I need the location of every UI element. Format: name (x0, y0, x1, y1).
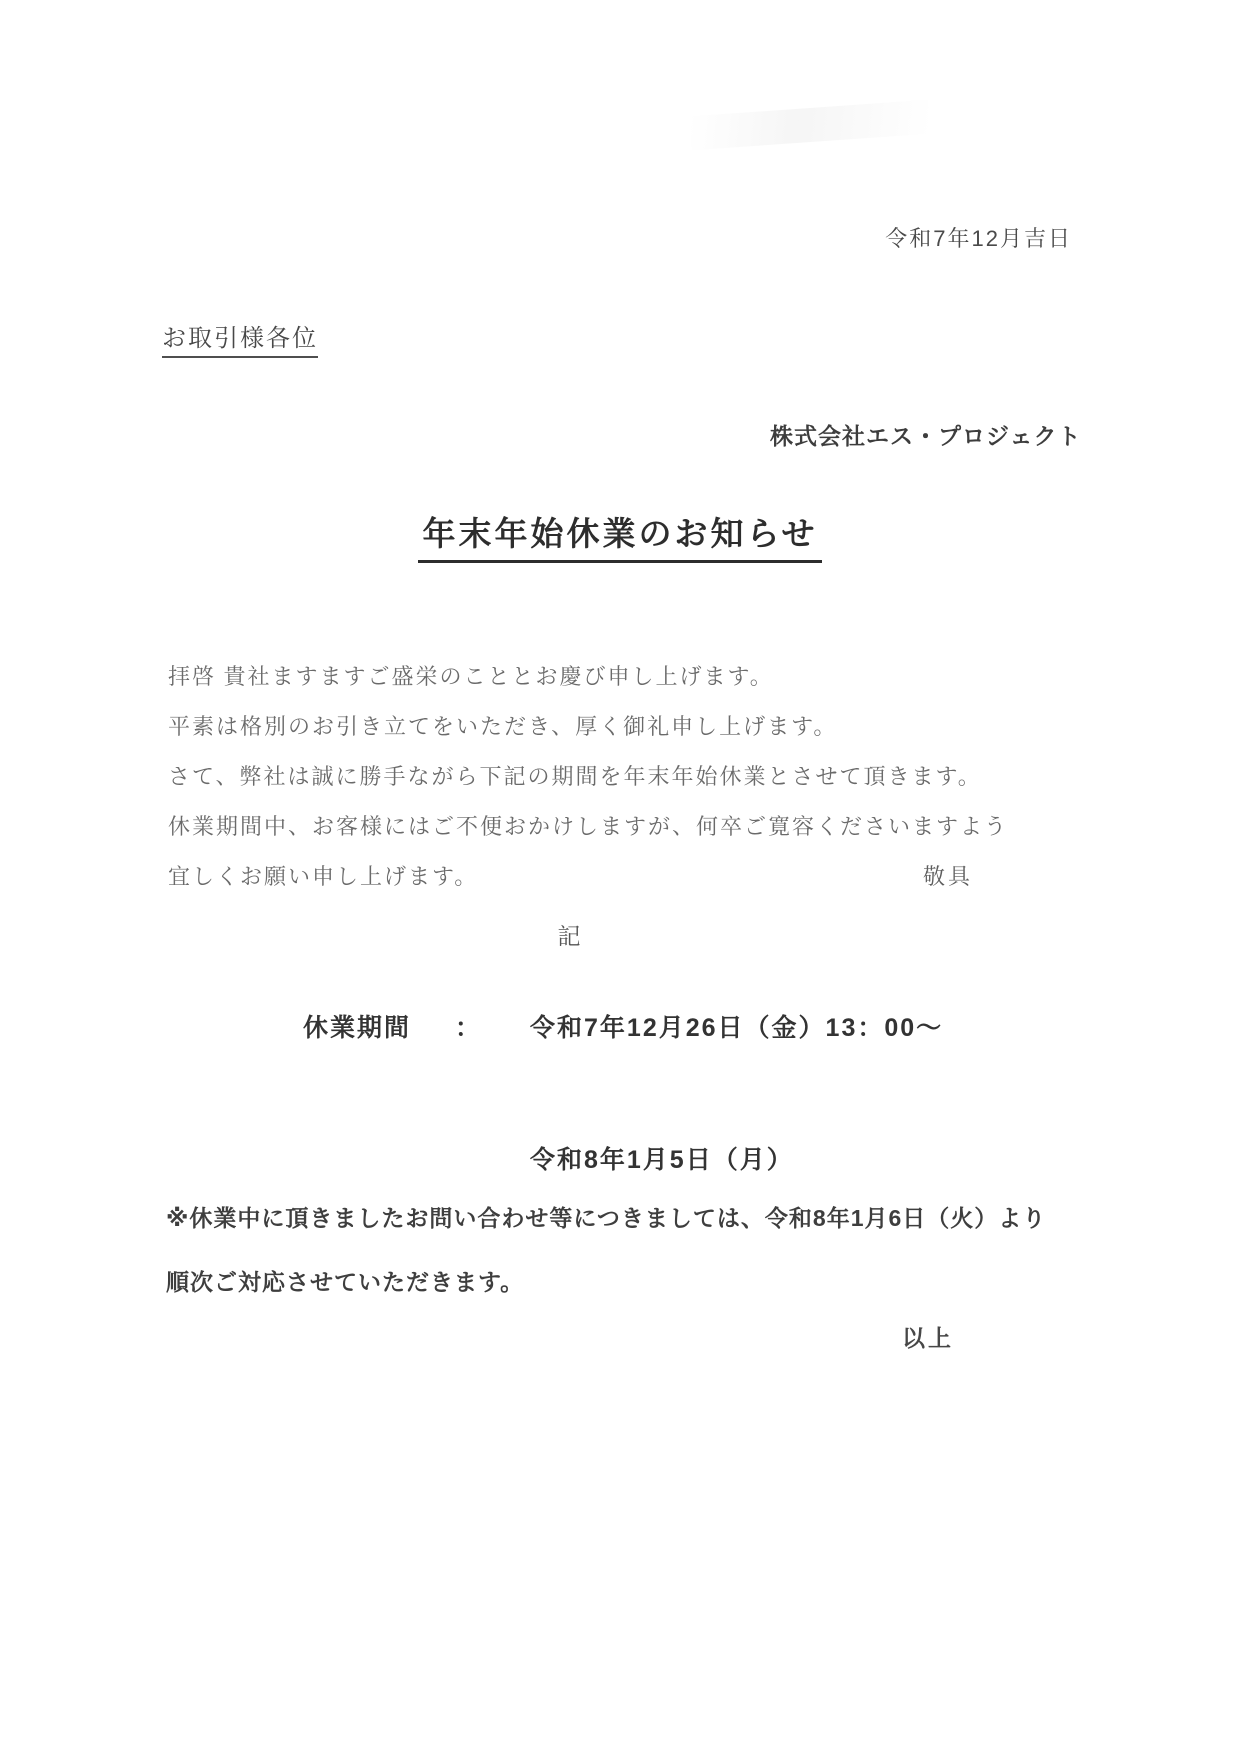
body-line-request: 宜しくお願い申し上げます。 (168, 864, 478, 889)
company-name: 株式会社エス・プロジェクト (770, 418, 1082, 451)
note-line-response: 順次ご対応させていただきます。 (166, 1264, 524, 1297)
schedule-start-row: 休業期間：令和7年12月26日（金）13：00～ (303, 1008, 943, 1044)
body-line-announcement: さて、弊社は誠に勝手ながら下記の期間を年末年始休業とさせて頂きます。 (168, 752, 1088, 802)
body-line-apology: 休業期間中、お客様にはご不便おかけしますが、何卒ご寛容くださいますよう (168, 802, 1088, 852)
body-line-greeting: 拝啓 貴社ますますご盛栄のこととお慶び申し上げます。 (168, 652, 1088, 702)
end-marker-ijou: 以上 (902, 1320, 954, 1353)
document-title: 年末年始休業のお知らせ (418, 508, 821, 563)
schedule-end-date: 令和8年1月5日（月） (530, 1140, 794, 1176)
document-date: 令和7年12月吉日 (885, 222, 1072, 253)
body-line-thanks: 平素は格別のお引き立てをいただき、厚く御礼申し上げます。 (168, 702, 1088, 752)
note-line-inquiries: ※休業中に頂きましたお問い合わせ等につきましては、令和8年1月6日（火）より (166, 1200, 1046, 1233)
body-line-request-row: 宜しくお願い申し上げます。 敬具 (168, 852, 1088, 902)
schedule-separator: ： (455, 1014, 482, 1042)
scan-artifact (689, 100, 931, 151)
record-marker: 記 (0, 918, 1140, 951)
title-row: 年末年始休業のお知らせ (0, 508, 1240, 563)
addressee-line: お取引様各位 (162, 318, 318, 358)
schedule-start-date: 令和7年12月26日（金）13：00～ (530, 1014, 943, 1042)
schedule-label: 休業期間 (303, 1014, 411, 1042)
letter-page: 令和7年12月吉日 お取引様各位 株式会社エス・プロジェクト 年末年始休業のお知… (0, 0, 1240, 1753)
closing-keigu: 敬具 (923, 852, 973, 902)
body-paragraph: 拝啓 貴社ますますご盛栄のこととお慶び申し上げます。 平素は格別のお引き立てをい… (168, 652, 1088, 902)
